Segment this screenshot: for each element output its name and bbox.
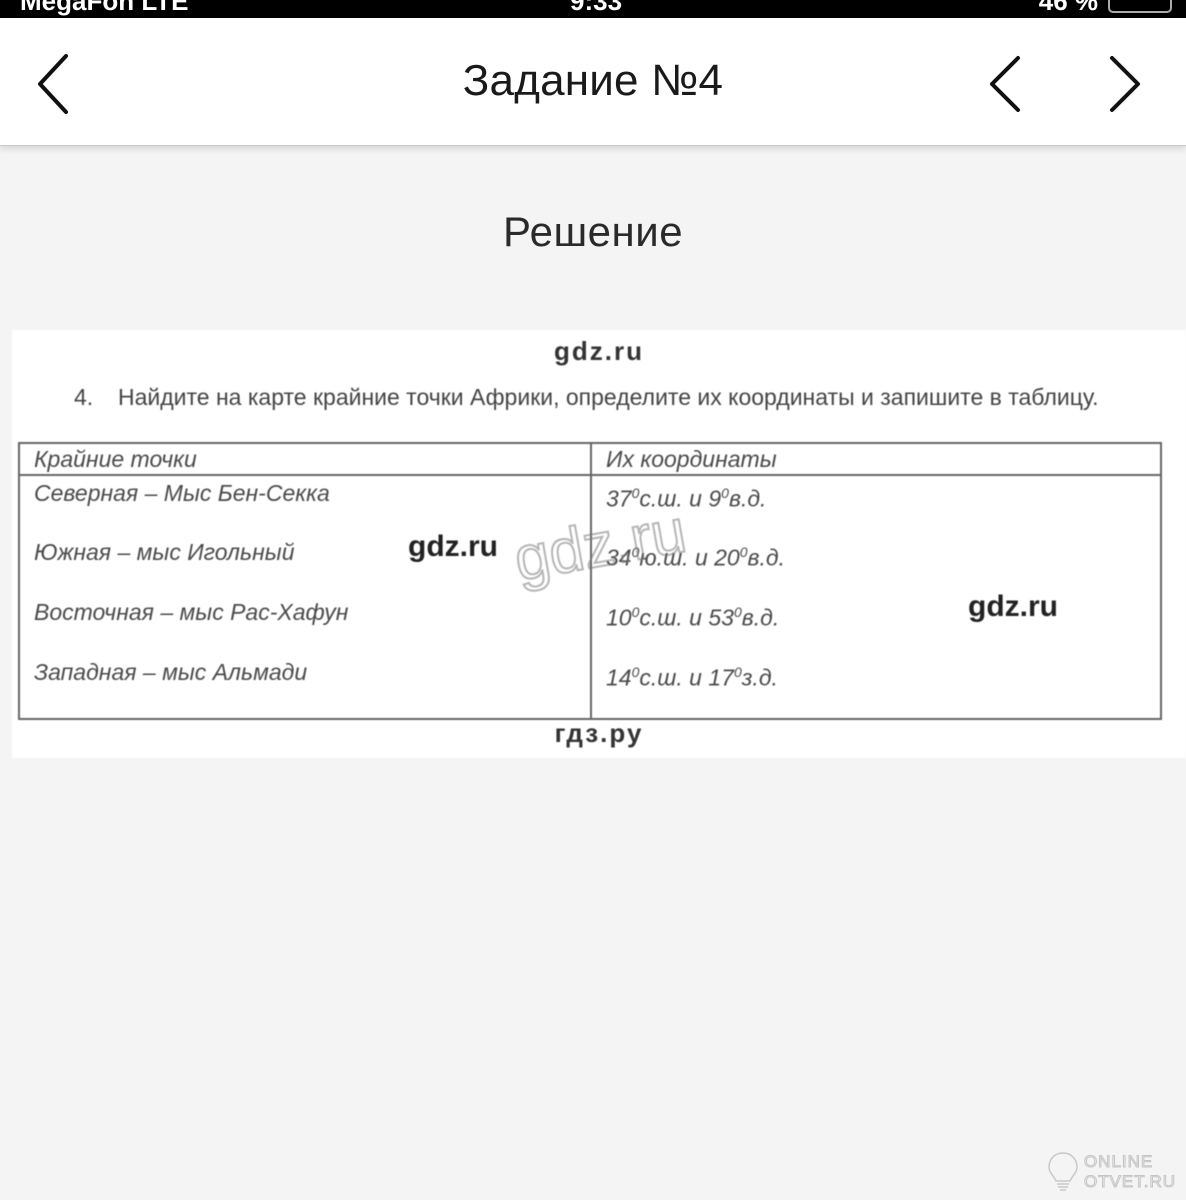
header-coordinates: Их координаты <box>591 443 1161 475</box>
extreme-point-cell: Западная – мыс Альмади <box>19 655 591 719</box>
extreme-point-cell: Северная – Мыс Бен-Секка <box>19 475 591 535</box>
battery-icon <box>1108 0 1172 13</box>
previous-task-button[interactable] <box>978 48 1034 120</box>
logo-text: ONLINE OTVET.RU <box>1084 1152 1176 1192</box>
extreme-point-cell: Восточная – мыс Рас-Хафун <box>19 595 591 655</box>
battery-indicator: 46 % <box>1039 0 1172 17</box>
next-task-button[interactable] <box>1096 48 1152 120</box>
task-text: Найдите на карте крайние точки Африки, о… <box>74 382 1164 412</box>
navigation-bar: Задание №4 <box>0 18 1186 146</box>
watermark-bottom: гдз.ру <box>12 718 1186 749</box>
watermark-middle-left: gdz.ru <box>408 530 498 564</box>
section-title: Решение <box>0 208 1186 256</box>
task-statement: 4. Найдите на карте крайние точки Африки… <box>74 382 1164 412</box>
lightbulb-icon <box>1046 1150 1080 1194</box>
table-header-row: Крайние точки Их координаты <box>19 443 1161 475</box>
chevron-right-icon <box>1104 52 1144 116</box>
solution-image: gdz.ru 4. Найдите на карте крайние точки… <box>12 330 1186 758</box>
corner-logo: ONLINE OTVET.RU <box>1046 1150 1176 1194</box>
watermark-top: gdz.ru <box>12 336 1186 367</box>
carrier-label: MegaFon LTE <box>20 0 189 17</box>
watermark-middle-right: gdz.ru <box>968 590 1058 624</box>
coordinates-cell: 100с.ш. и 530в.д. <box>591 595 1161 655</box>
extreme-point-cell: Южная – мыс Игольный <box>19 535 591 595</box>
coordinates-cell: 140с.ш. и 170з.д. <box>591 655 1161 719</box>
table-row: Западная – мыс Альмади140с.ш. и 170з.д. <box>19 655 1161 719</box>
clock: 9:33 <box>570 0 622 17</box>
header-points: Крайние точки <box>19 443 591 475</box>
chevron-left-icon <box>986 52 1026 116</box>
task-number: 4. <box>74 382 93 412</box>
status-bar: MegaFon LTE 9:33 46 % <box>0 0 1186 18</box>
